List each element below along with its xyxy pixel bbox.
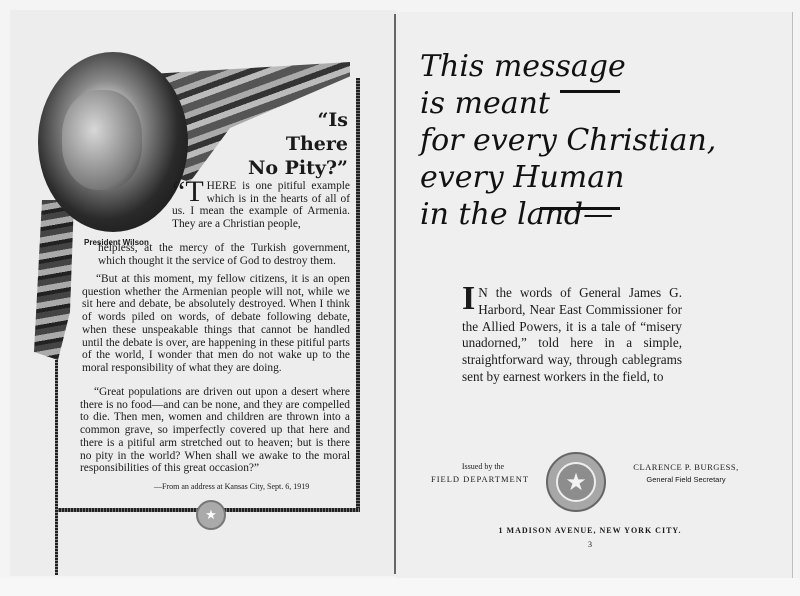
drop-cap: “T bbox=[172, 180, 204, 204]
quote-source: —From an address at Kansas City, Sept. 6… bbox=[154, 482, 309, 491]
handwritten-line: in the land— bbox=[420, 196, 780, 233]
title-line: “Is bbox=[226, 108, 348, 132]
handwritten-line: for every Christian, bbox=[420, 122, 780, 159]
quote-paragraph-1-continued: helpless, at the mercy of the Turkish go… bbox=[98, 242, 350, 267]
intro-paragraph: I N the words of General James G. Harbor… bbox=[462, 285, 682, 386]
drop-cap: I bbox=[462, 285, 475, 313]
background-strip bbox=[0, 578, 800, 596]
title-line: No Pity?” bbox=[226, 156, 348, 180]
secretary-title: General Field Secretary bbox=[626, 475, 746, 484]
decorative-border-right bbox=[356, 78, 360, 512]
handwritten-underline bbox=[560, 90, 620, 93]
issued-by-label: Issued by the bbox=[443, 462, 523, 471]
department-name: FIELD DEPARTMENT bbox=[420, 474, 540, 484]
quote-paragraph-3: “Great populations are driven out upon a… bbox=[80, 386, 350, 475]
page-title: “Is There No Pity?” bbox=[226, 108, 348, 180]
near-east-relief-seal: ★ bbox=[546, 452, 606, 512]
paragraph-text: N the words of General James G. Harbord,… bbox=[462, 285, 682, 384]
page-number: 3 bbox=[420, 540, 760, 549]
secretary-name: CLARENCE P. BURGESS, bbox=[626, 462, 746, 472]
page-fold bbox=[394, 14, 396, 574]
portrait-face bbox=[62, 90, 142, 190]
handwritten-note: This message is meant for every Christia… bbox=[420, 48, 780, 233]
quote-paragraph-1: “T HERE is one pitiful example which is … bbox=[172, 180, 350, 231]
handwritten-line: every Human bbox=[420, 159, 780, 196]
handwritten-line: This message bbox=[420, 48, 780, 85]
address: 1 MADISON AVENUE, NEW YORK CITY. bbox=[420, 526, 760, 535]
quote-paragraph-2: “But at this moment, my fellow citizens,… bbox=[82, 273, 350, 375]
star-seal-icon: ★ bbox=[556, 462, 596, 502]
flag-pole bbox=[55, 360, 58, 575]
handwritten-underline bbox=[540, 207, 620, 210]
title-line: There bbox=[226, 132, 348, 156]
star-seal-icon: ★ bbox=[196, 500, 226, 530]
